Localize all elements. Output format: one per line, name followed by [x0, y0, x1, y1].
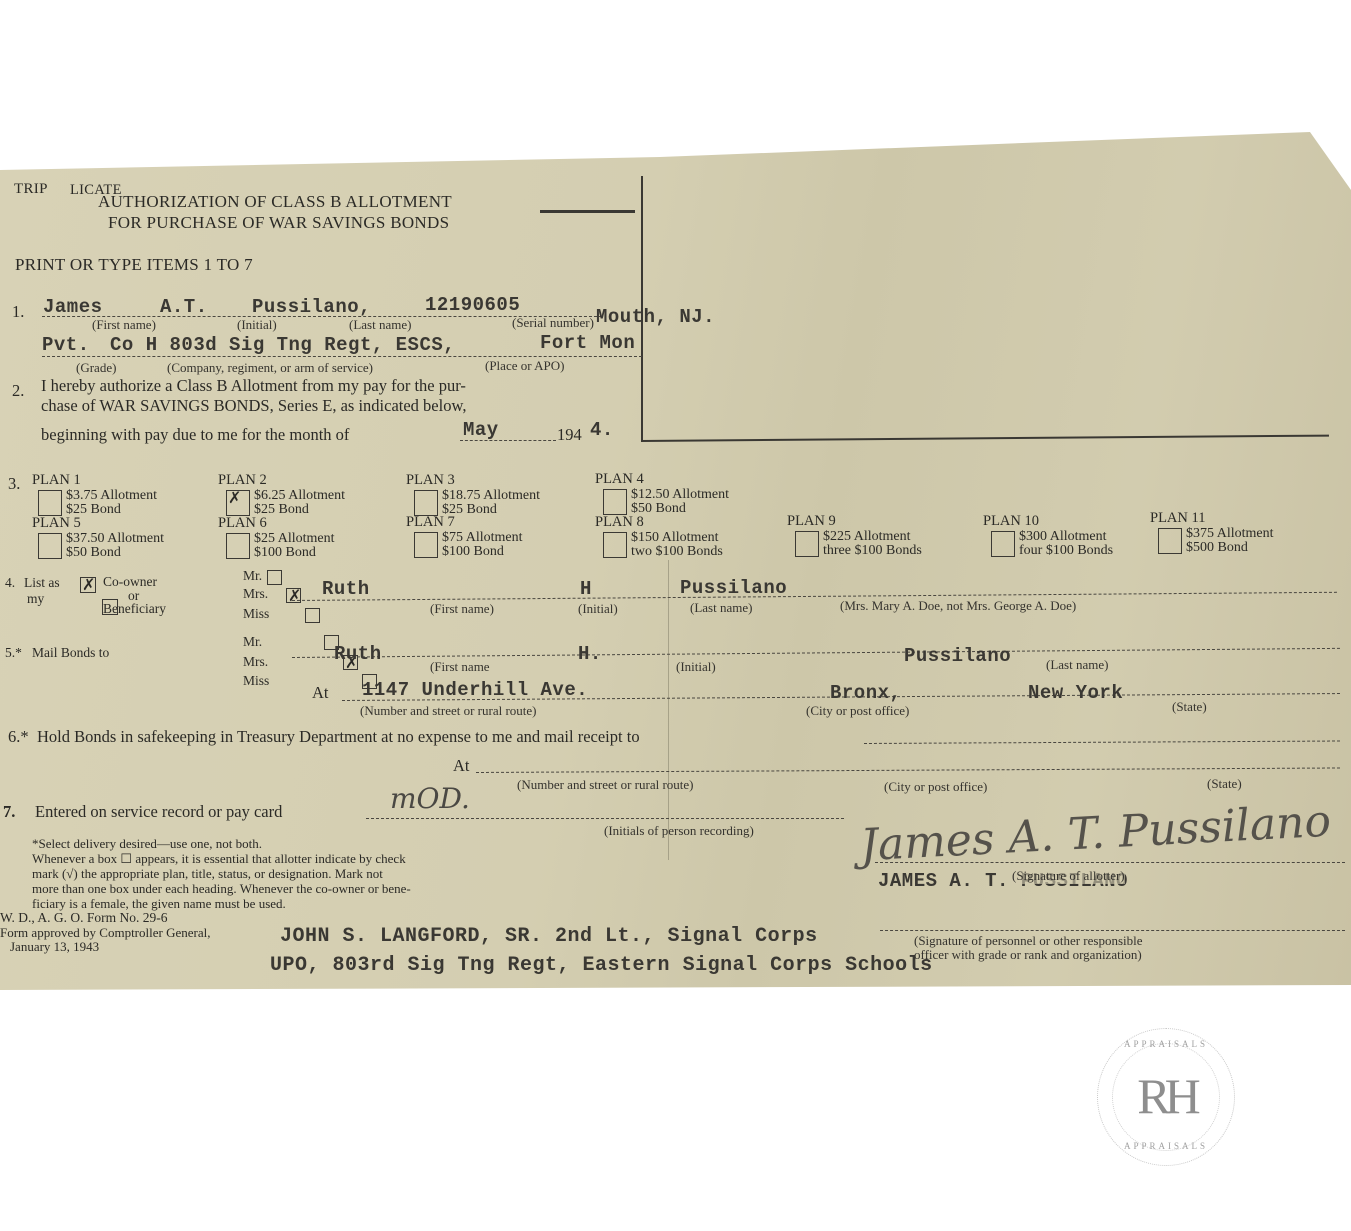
label-initial: (Initial)	[578, 601, 618, 617]
plan-6[interactable]: PLAN 6 $25 Allotment$100 Bond	[218, 515, 335, 560]
item5-city: Bronx,	[830, 682, 901, 704]
item3-number: 3.	[8, 474, 20, 494]
label-first-name: (First name)	[92, 317, 156, 333]
item2-line3: beginning with pay due to me for the mon…	[41, 425, 349, 445]
item5-initial: H.	[578, 643, 602, 665]
instruction: PRINT OR TYPE ITEMS 1 TO 7	[15, 255, 253, 275]
plan-2[interactable]: PLAN 2 $6.25 Allotment$25 Bond	[218, 472, 345, 517]
coowner-label: Co-owner	[103, 574, 157, 589]
plan-allotment: $75 Allotment	[442, 531, 523, 545]
plan-checkbox[interactable]	[603, 489, 627, 515]
footnote-line: mark (√) the appropriate plan, title, st…	[32, 866, 411, 881]
plan-label: PLAN 8	[595, 514, 723, 531]
plan-allotment: $18.75 Allotment	[442, 489, 540, 503]
officer-line2: UPO, 803rd Sig Tng Regt, Eastern Signal …	[270, 954, 933, 977]
footnote-line: *Select delivery desired—use one, not bo…	[32, 836, 411, 851]
item1-last-name: Pussilano,	[252, 296, 371, 318]
item5-first-name: Ruth	[334, 643, 382, 665]
label-city: (City or post office)	[806, 703, 909, 719]
item5-number: 5.*	[5, 645, 22, 660]
plan-3[interactable]: PLAN 3 $18.75 Allotment$25 Bond	[406, 472, 540, 517]
item1-number: 1.	[12, 302, 24, 322]
item7-number: 7.	[3, 802, 15, 822]
plan-bond: $50 Bond	[66, 546, 164, 560]
plan-7[interactable]: PLAN 7 $75 Allotment$100 Bond	[406, 514, 523, 559]
plan-checkbox[interactable]	[414, 490, 438, 516]
plan-bond: two $100 Bonds	[631, 545, 723, 559]
label-first-name: (First name)	[430, 601, 494, 617]
item2-number: 2.	[12, 381, 24, 401]
label-last-name: (Last name)	[690, 600, 752, 616]
plan-bond: $100 Bond	[254, 546, 335, 560]
plan-checkbox[interactable]	[1158, 528, 1182, 554]
plan-checkbox[interactable]	[795, 531, 819, 557]
item5-last-name: Pussilano	[904, 645, 1011, 667]
officer-line1: JOHN S. LANGFORD, SR. 2nd Lt., Signal Co…	[280, 925, 818, 948]
item1-line2	[42, 356, 642, 357]
plan-label: PLAN 6	[218, 515, 335, 532]
copy-label-left: TRIP	[14, 181, 48, 198]
item4-first-name: Ruth	[322, 578, 370, 600]
footnotes: *Select delivery desired—use one, not bo…	[32, 836, 411, 911]
plan-4[interactable]: PLAN 4 $12.50 Allotment$50 Bond	[595, 471, 729, 516]
plan-label: PLAN 9	[787, 513, 922, 530]
plan-label: PLAN 3	[406, 472, 540, 489]
item2-year-prefix: 194	[557, 425, 582, 445]
label-initial: (Initial)	[237, 317, 277, 333]
label-grade: (Grade)	[76, 360, 116, 376]
item5-line	[292, 648, 1340, 658]
allotter-signature: James A. T. Pussilano	[859, 796, 1332, 872]
item7-text: Entered on service record or pay card	[35, 802, 282, 822]
plan-label: PLAN 10	[983, 513, 1113, 530]
item1-grade: Pvt.	[42, 334, 90, 356]
beneficiary-label: Beneficiary	[103, 601, 166, 616]
plan-8[interactable]: PLAN 8 $150 Allotmenttwo $100 Bonds	[595, 514, 723, 559]
item4-list-as: List as	[24, 575, 60, 590]
allotter-signature-label: (Signature of allotter)	[1012, 868, 1125, 884]
item1-first-name: James	[43, 296, 103, 318]
plan-checkbox[interactable]	[414, 532, 438, 558]
item4-mrs-label: Mrs.	[243, 586, 268, 601]
label-serial: (Serial number)	[512, 315, 594, 331]
plan-allotment: $300 Allotment	[1019, 530, 1113, 544]
watermark-monogram: RH	[1098, 1067, 1234, 1125]
plan-allotment: $25 Allotment	[254, 532, 335, 546]
item1-place-overflow: Mouth, NJ.	[596, 306, 715, 328]
label-company: (Company, regiment, or arm of service)	[167, 360, 373, 376]
allotment-form-paper: TRIP LICATE AUTHORIZATION OF CLASS B ALL…	[0, 0, 1351, 1000]
plan-bond: $500 Bond	[1186, 541, 1274, 555]
plan-checkbox[interactable]	[38, 533, 62, 559]
plan-allotment: $225 Allotment	[823, 530, 922, 544]
officer-label-line2: officer with grade or rank and organizat…	[914, 947, 1142, 963]
label-place: (Place or APO)	[485, 358, 564, 374]
item4-line	[292, 592, 1337, 601]
label-initial: (Initial)	[676, 659, 716, 675]
item5-mr-label: Mr.	[243, 634, 262, 649]
label-name-example: (Mrs. Mary A. Doe, not Mrs. George A. Do…	[840, 598, 1076, 614]
plan-allotment: $375 Allotment	[1186, 527, 1274, 541]
office-box-bottom-border	[641, 435, 1329, 442]
item7-line	[366, 818, 844, 819]
item6-number: 6.*	[8, 727, 29, 747]
plan-bond: three $100 Bonds	[823, 544, 922, 558]
footnote-line: more than one box under each heading. Wh…	[32, 881, 411, 896]
item4-initial: H	[580, 578, 592, 600]
plan-allotment: $150 Allotment	[631, 531, 723, 545]
item2-year-suffix: 4.	[590, 419, 614, 441]
item4-number: 4.	[5, 575, 15, 590]
watermark-ring-text-top: APPRAISALS	[1098, 1039, 1234, 1049]
plan-label: PLAN 7	[406, 514, 523, 531]
item4-miss-label: Miss	[243, 606, 269, 621]
item2-month: May	[463, 419, 499, 441]
plan-checkbox[interactable]	[226, 533, 250, 559]
plan-label: PLAN 2	[218, 472, 345, 489]
plan-label: PLAN 1	[32, 472, 157, 489]
label-first-name: (First name	[430, 659, 490, 675]
plan-allotment: $6.25 Allotment	[254, 489, 345, 503]
label-last-name: (Last name)	[349, 317, 411, 333]
item2-line1: I hereby authorize a Class B Allotment f…	[41, 376, 466, 396]
item7-initials: mOD.	[390, 782, 470, 815]
label-state: (State)	[1207, 776, 1242, 792]
watermark-ring-text-bottom: APPRAISALS	[1098, 1141, 1234, 1151]
item1-place: Fort Mon	[540, 332, 635, 354]
form-approval-date: January 13, 1943	[10, 939, 99, 955]
fold-crease	[668, 560, 669, 860]
plan-allotment: $12.50 Allotment	[631, 488, 729, 502]
plan-checkbox-checked[interactable]	[226, 490, 250, 516]
form-title-line2: FOR PURCHASE OF WAR SAVINGS BONDS	[108, 213, 449, 233]
item1-serial-number: 12190605	[425, 294, 520, 316]
item1-company: Co H 803d Sig Tng Regt, ESCS,	[110, 334, 455, 356]
plan-bond: $100 Bond	[442, 545, 523, 559]
plan-checkbox[interactable]	[991, 531, 1015, 557]
item5-at: At	[312, 683, 329, 703]
item4-mr-checkbox[interactable]	[267, 570, 282, 585]
item4-miss-checkbox[interactable]	[305, 608, 320, 623]
plan-allotment: $37.50 Allotment	[66, 532, 164, 546]
plan-label: PLAN 11	[1150, 510, 1274, 527]
footnote-line: ficiary is a female, the given name must…	[32, 896, 411, 911]
label-last-name: (Last name)	[1046, 657, 1108, 673]
plan-allotment: $3.75 Allotment	[66, 489, 157, 503]
item6-line	[864, 741, 1340, 744]
item6-at: At	[453, 756, 470, 776]
item5-miss-label: Miss	[243, 673, 269, 688]
footnote-line: Whenever a box ☐ appears, it is essentia…	[32, 851, 411, 866]
item6-text: Hold Bonds in safekeeping in Treasury De…	[37, 727, 640, 747]
plan-checkbox[interactable]	[38, 490, 62, 516]
header-rule	[540, 210, 635, 213]
item1-initial: A.T.	[160, 296, 208, 318]
form-title-line1: AUTHORIZATION OF CLASS B ALLOTMENT	[98, 192, 452, 212]
label-state: (State)	[1172, 699, 1207, 715]
plan-9[interactable]: PLAN 9 $225 Allotmentthree $100 Bonds	[787, 513, 922, 558]
item5-label: Mail Bonds to	[32, 645, 109, 660]
item2-line2: chase of WAR SAVINGS BONDS, Series E, as…	[41, 396, 466, 416]
item5-state: New York	[1028, 682, 1123, 704]
officer-signature-line	[880, 930, 1345, 931]
plan-label: PLAN 5	[32, 515, 164, 532]
plan-checkbox[interactable]	[603, 532, 627, 558]
plan-5[interactable]: PLAN 5 $37.50 Allotment$50 Bond	[32, 515, 164, 560]
item5-mrs-label: Mrs.	[243, 654, 268, 669]
plan-bond: four $100 Bonds	[1019, 544, 1113, 558]
item4-mr-label: Mr.	[243, 568, 262, 583]
plan-1[interactable]: PLAN 1 $3.75 Allotment$25 Bond	[32, 472, 157, 517]
item4-my: my	[27, 591, 44, 606]
plan-10[interactable]: PLAN 10 $300 Allotmentfour $100 Bonds	[983, 513, 1113, 558]
item4-last-name: Pussilano	[680, 577, 787, 599]
item6-address-line	[476, 767, 1340, 773]
plan-label: PLAN 4	[595, 471, 729, 488]
plan-11[interactable]: PLAN 11 $375 Allotment$500 Bond	[1150, 510, 1274, 555]
label-initials: (Initials of person recording)	[604, 823, 754, 839]
appraisals-watermark: APPRAISALS RH APPRAISALS	[1097, 1028, 1235, 1166]
coowner-checkbox-checked[interactable]	[80, 577, 96, 593]
label-street: (Number and street or rural route)	[360, 703, 537, 719]
form-number: W. D., A. G. O. Form No. 29-6	[0, 910, 168, 926]
item5-street: 1147 Underhill Ave.	[362, 679, 588, 701]
label-city: (City or post office)	[884, 779, 987, 795]
